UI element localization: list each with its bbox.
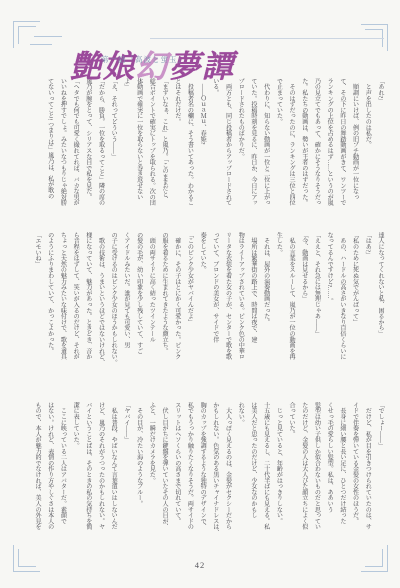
header-dash bbox=[30, 44, 52, 45]
text-block-lower: 「でしょー――」 だけど、私が目を引きつけられていたのは、サ イドで伴奏を弾いて… bbox=[30, 402, 386, 554]
chapter-subtitle: 第一話「高波と蛍玉」 bbox=[101, 54, 186, 65]
novel-page: 艶娘幻夢譚 第一話「高波と蛍玉」 「あれ?」 と声を出したのは私だ。 順調にいけ… bbox=[0, 0, 400, 588]
header-dash bbox=[34, 36, 62, 37]
page-number: 42 bbox=[0, 560, 400, 570]
header-rule bbox=[150, 38, 384, 39]
text-block-middle: 達人になってくれないと私、困るから」 「はあ?」 「私のために死ぬ気でがんばって… bbox=[30, 232, 386, 390]
text-block-upper: 「あれ?」 と声を出したのは私だ。 順調にいけば、例の旧プチ動画が一位になっ て… bbox=[43, 78, 386, 220]
